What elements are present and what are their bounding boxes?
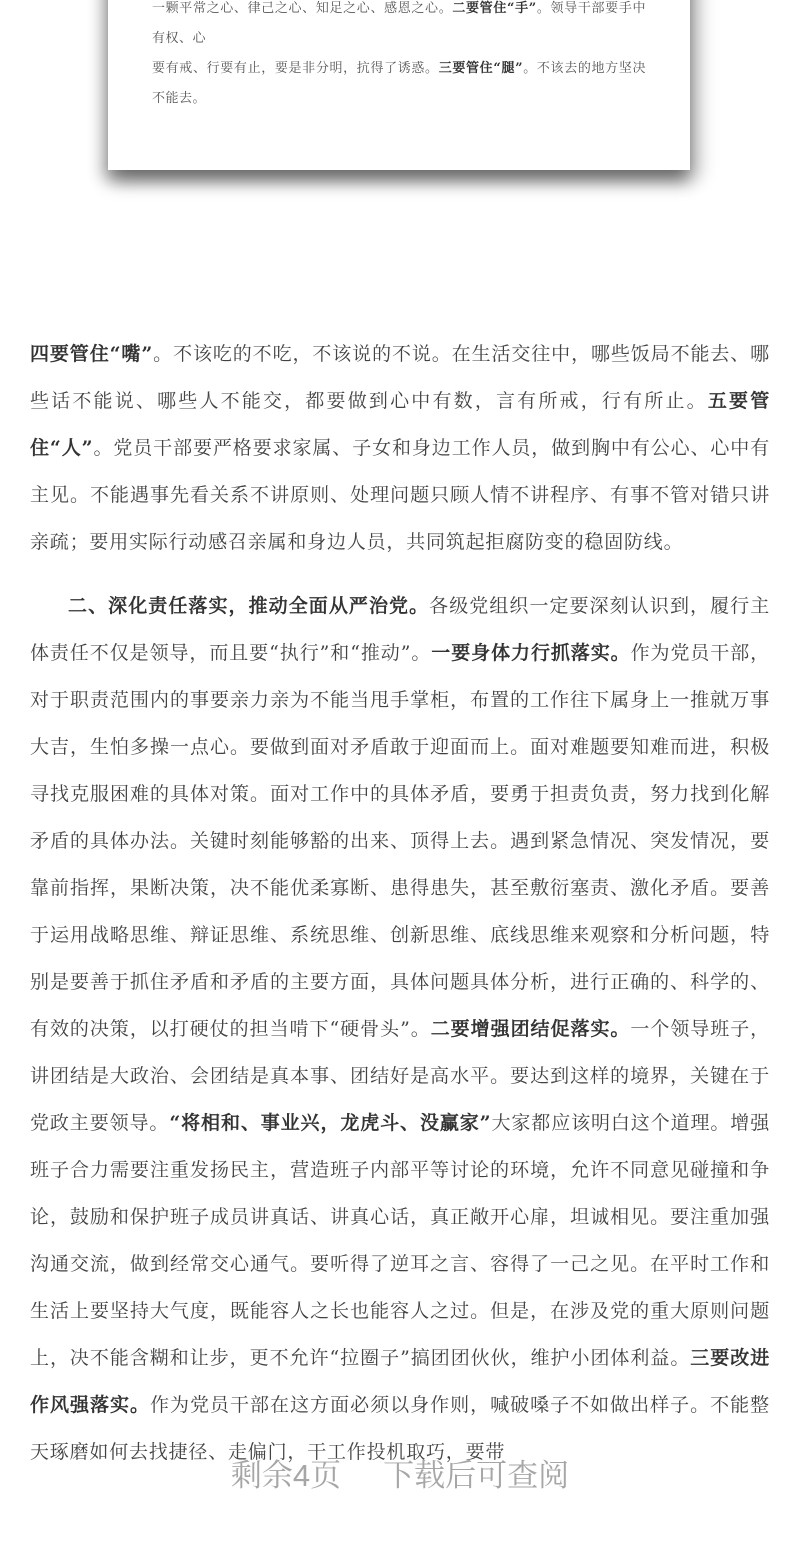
remaining-pages-notice: 剩余4页下载后可查阅: [0, 1452, 800, 1500]
download-to-view-hint: 下载后可查阅: [383, 1458, 569, 1493]
paragraph-four-five-guanzhu: 四要管住“嘴”。不该吃的不吃，不该说的不说。在生活交往中，哪些饭局不能去、哪些话…: [30, 331, 770, 566]
paragraph-section-two: 二、深化责任落实，推动全面从严治党。各级党组织一定要深刻认识到，履行主体责任不仅…: [30, 583, 770, 1476]
document-preview-viewport: 一颗平常之心、律己之心、知足之心、感恩之心。二要管住“手”。领导干部要手中有权、…: [0, 0, 800, 1560]
previous-page-sheet: 一颗平常之心、律己之心、知足之心、感恩之心。二要管住“手”。领导干部要手中有权、…: [108, 0, 690, 170]
preview-text-line: 要有戒、行要有止，要是非分明，抗得了诱惑。三要管住“腿”。不该去的地方坚决不能去…: [152, 54, 646, 114]
remaining-pages-count: 剩余4页: [231, 1458, 341, 1493]
document-body: 四要管住“嘴”。不该吃的不吃，不该说的不说。在生活交往中，哪些饭局不能去、哪些话…: [0, 331, 800, 1493]
preview-text-line: 一颗平常之心、律己之心、知足之心、感恩之心。二要管住“手”。领导干部要手中有权、…: [152, 0, 646, 54]
